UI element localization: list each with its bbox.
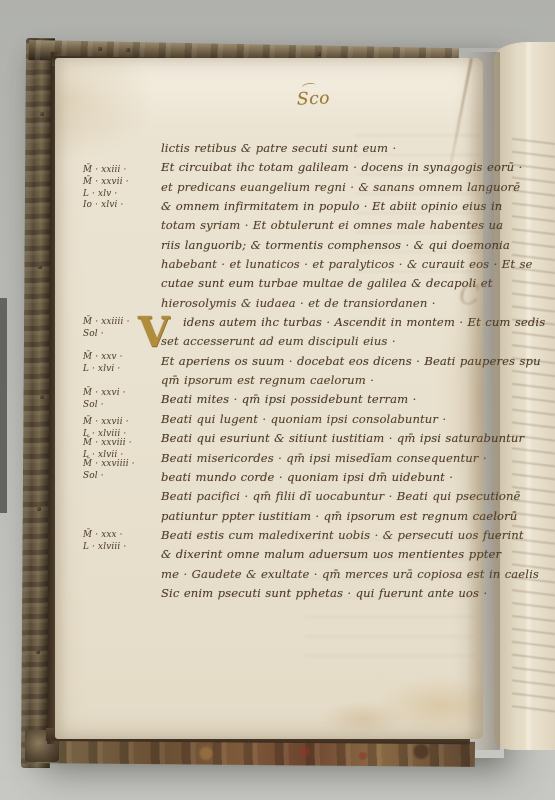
canon-reference-block: M̄ · xxviiii · Sol · [83, 458, 135, 483]
photo-backdrop: Sco C M̄ · xxiii · M̄ · xxvii · L · xlv … [0, 0, 555, 800]
text-line: Beati estis cum maledixerint uobis · & p… [161, 528, 483, 547]
rivet [126, 48, 130, 52]
rivet [40, 112, 44, 116]
rivet [37, 507, 41, 511]
text-line: Et circuibat ihc totam galileam · docens… [161, 160, 483, 179]
text-line: habebant · et lunaticos · et paralyticos… [161, 257, 483, 276]
text-line: beati mundo corde · quoniam ipsi dm̄ uid… [161, 470, 483, 489]
text-line: Et aperiens os suum · docebat eos dicens… [161, 354, 483, 373]
text-line: cutae sunt eum turbae multae de galilea … [161, 276, 483, 295]
text-line: idens autem ihc turbas · Ascendit in mon… [161, 315, 483, 334]
canon-reference: M̄ · xxiii · [83, 165, 129, 177]
text-line: me · Gaudete & exultate · qm̄ merces urā… [161, 567, 483, 586]
canon-reference: L · xlvi · [83, 363, 123, 375]
canon-reference: M̄ · xxv · [83, 351, 123, 363]
facing-page-edge [494, 42, 555, 750]
canon-reference-block: M̄ · xxiiii · Sol · [83, 316, 130, 341]
canon-reference: M̄ · xxiiii · [83, 316, 130, 328]
canon-reference-block: M̄ · xxx · L · xlviii · [83, 529, 126, 554]
canon-reference: M̄ · xxvi · [83, 387, 126, 399]
text-line: lictis retibus & patre secuti sunt eum · [161, 141, 483, 160]
background-object-sliver [0, 298, 7, 513]
rivet [317, 52, 321, 56]
text-line: & omnem infirmitatem in populo · Et abii… [161, 199, 483, 218]
text-line: set accesserunt ad eum discipuli eius · [161, 334, 483, 353]
canon-reference: M̄ · xxvii · [83, 177, 129, 189]
canon-reference: Sol · [83, 328, 130, 340]
canon-reference-block: M̄ · xxv · L · xlvi · [83, 351, 123, 376]
canon-reference: Sol · [83, 470, 135, 482]
canon-reference-block: M̄ · xxvi · Sol · [83, 387, 126, 412]
canon-reference: M̄ · xxvii · [83, 416, 129, 428]
rivet [40, 395, 44, 399]
canon-reference: Io · xlvi · [83, 200, 129, 212]
text-line: Beati pacifici · qm̄ filii dī uocabuntur… [161, 489, 483, 508]
text-line: Beati qui esuriunt & sitiunt iustitiam ·… [161, 431, 483, 450]
text-line: Beati mites · qm̄ ipsi possidebunt terra… [161, 392, 483, 411]
canon-reference-block: M̄ · xxiii · M̄ · xxvii · L · xlv · Io ·… [83, 165, 129, 212]
text-line: totam syriam · Et obtulerunt ei omnes ma… [161, 218, 483, 237]
canon-reference: L · xlviii · [83, 541, 126, 553]
canon-reference: M̄ · xxviiii · [83, 458, 135, 470]
canon-reference: Sol · [83, 399, 126, 411]
text-line: patiuntur ppter iustitiam · qm̄ ipsorum … [161, 509, 483, 528]
canon-reference: M̄ · xxviii · [83, 437, 132, 449]
rivet [98, 47, 102, 51]
text-line: et predicans euangelium regni · & sanans… [161, 180, 483, 199]
text-line: qm̄ ipsorum est regnum caelorum · [161, 373, 483, 392]
rivet [38, 265, 42, 269]
rivet [36, 650, 40, 654]
gold-drop-cap-initial: V [138, 312, 170, 353]
text-line: hierosolymis & iudaea · et de transiorda… [161, 296, 483, 315]
text-line: riis languorib; & tormentis comphensos ·… [161, 238, 483, 257]
running-title: Sco [297, 88, 331, 109]
canon-reference: L · xlv · [83, 189, 129, 201]
text-line: Beati qui lugent · quoniam ipsi consolab… [161, 412, 483, 431]
canon-reference-column: M̄ · xxiii · M̄ · xxvii · L · xlv · Io ·… [83, 58, 159, 739]
manuscript-page: Sco C M̄ · xxiii · M̄ · xxvii · L · xlv … [55, 58, 483, 739]
text-line: Sic enim psecuti sunt pphetas · qui fuer… [161, 586, 483, 605]
canon-reference: M̄ · xxx · [83, 529, 126, 541]
main-text-block: V lictis retibus & patre secuti sunt eum… [161, 141, 483, 605]
text-line: Beati misericordes · qm̄ ipsi misedīam c… [161, 451, 483, 470]
text-line: & dixerint omne malum aduersum uos menti… [161, 547, 483, 566]
